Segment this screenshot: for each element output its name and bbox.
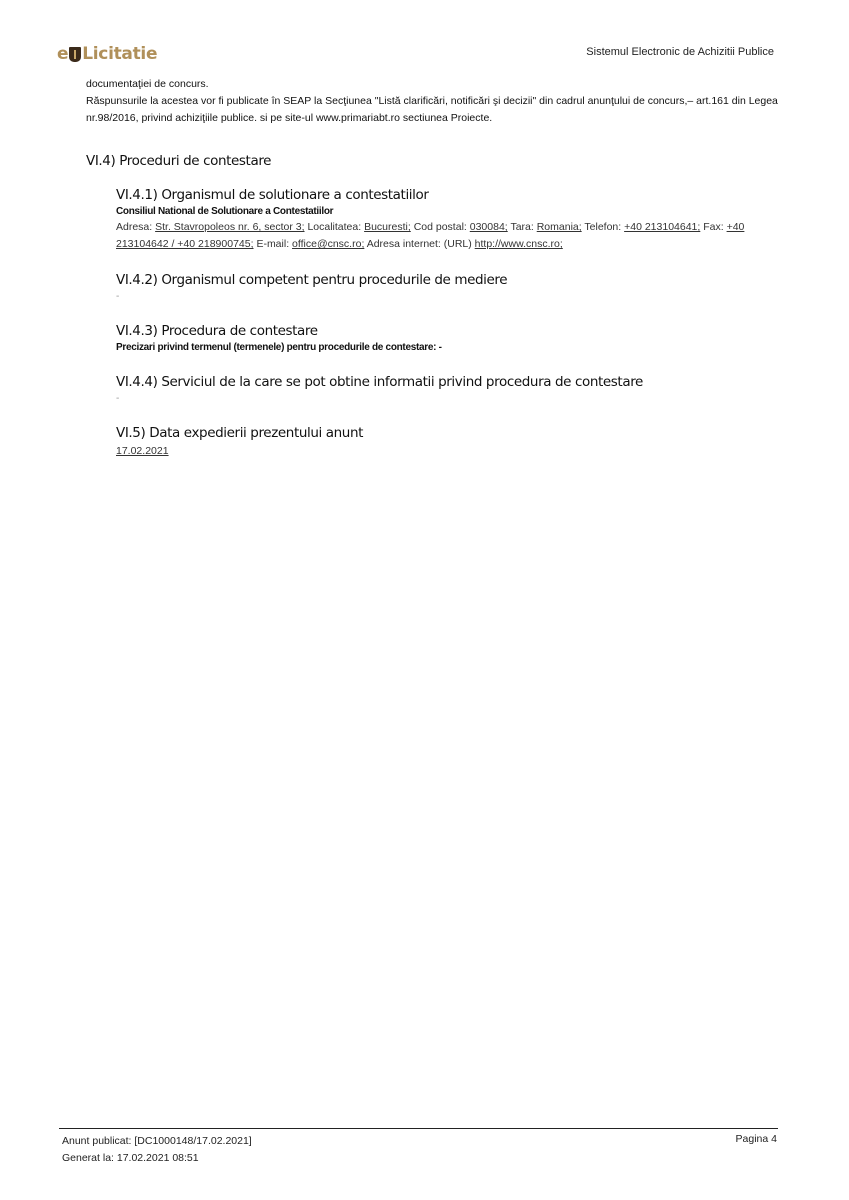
section-vi41-title: VI.4.1) Organismul de solutionare a cont… bbox=[116, 186, 779, 205]
section-vi5-title: VI.5) Data expedierii prezentului anunt bbox=[116, 424, 779, 443]
fax-label: Fax: bbox=[703, 221, 723, 233]
footer-published: Anunt publicat: [DC1000148/17.02.2021] bbox=[62, 1133, 252, 1150]
logo-text: Licitatie bbox=[82, 44, 157, 64]
locality-label: Localitatea: bbox=[307, 221, 361, 233]
phone-label: Telefon: bbox=[584, 221, 621, 233]
section-vi42-title: VI.4.2) Organismul competent pentru proc… bbox=[116, 271, 779, 290]
intro-line-2: Răspunsurile la acestea vor fi publicate… bbox=[86, 93, 779, 127]
document-body: documentaţiei de concurs. Răspunsurile l… bbox=[86, 76, 779, 460]
dispatch-date: 17.02.2021 bbox=[116, 445, 169, 457]
locality-value: Bucuresti; bbox=[364, 221, 411, 233]
logo-prefix: e bbox=[57, 44, 68, 64]
footer-info: Anunt publicat: [DC1000148/17.02.2021] G… bbox=[62, 1133, 252, 1167]
url-label: Adresa internet: (URL) bbox=[367, 238, 472, 250]
postal-label: Cod postal: bbox=[414, 221, 467, 233]
section-vi42-value: - bbox=[116, 290, 779, 304]
country-label: Tara: bbox=[510, 221, 533, 233]
section-vi4-title: VI.4) Proceduri de contestare bbox=[86, 153, 779, 170]
email-label: E-mail: bbox=[256, 238, 289, 250]
url-link[interactable]: http://www.cnsc.ro; bbox=[475, 238, 563, 250]
address-value: Str. Stavropoleos nr. 6, sector 3; bbox=[155, 221, 304, 233]
section-vi44-title: VI.4.4) Serviciul de la care se pot obti… bbox=[116, 373, 779, 392]
page-number: Pagina 4 bbox=[736, 1133, 777, 1145]
footer-generated: Generat la: 17.02.2021 08:51 bbox=[62, 1150, 252, 1167]
section-vi43-title: VI.4.3) Procedura de contestare bbox=[116, 322, 779, 341]
header-title: Sistemul Electronic de Achizitii Publice bbox=[586, 46, 774, 58]
section-vi44-value: - bbox=[116, 392, 779, 406]
address-label: Adresa: bbox=[116, 221, 152, 233]
section-vi41: VI.4.1) Organismul de solutionare a cont… bbox=[116, 186, 779, 460]
email-link[interactable]: office@cnsc.ro; bbox=[292, 238, 364, 250]
phone-value: +40 213104641; bbox=[624, 221, 700, 233]
postal-value: 030084; bbox=[470, 221, 508, 233]
org-name: Consiliul National de Solutionare a Cont… bbox=[116, 205, 779, 219]
footer-divider bbox=[59, 1128, 778, 1129]
country-value: Romania; bbox=[537, 221, 582, 233]
shield-logo-icon bbox=[69, 47, 81, 62]
intro-line-1: documentaţiei de concurs. bbox=[86, 76, 779, 93]
org-contact-details: Adresa: Str. Stavropoleos nr. 6, sector … bbox=[116, 219, 779, 253]
section-vi43-text: Precizari privind termenul (termenele) p… bbox=[116, 341, 779, 355]
elicitatie-logo: e Licitatie bbox=[57, 44, 157, 64]
